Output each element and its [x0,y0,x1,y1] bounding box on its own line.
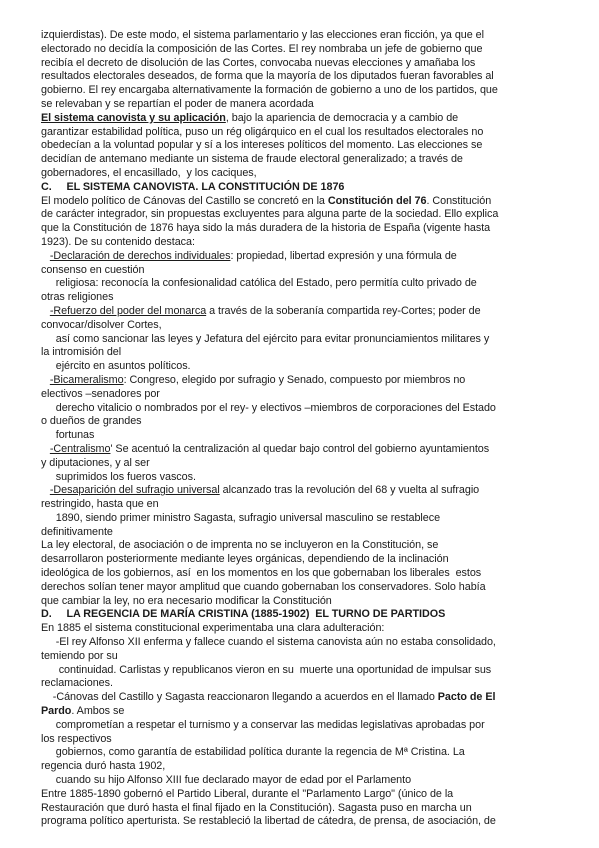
text-segment: obedecían a la voluntad popular y sí a l… [41,139,482,151]
text-segment: los respectivos [41,733,112,745]
text-segment: 1923). De su contenido destaca: [41,236,195,248]
text-segment: derecho vitalicio o nombrados por el rey… [41,402,496,414]
text-line: así como sancionar las leyes y Jefatura … [41,333,575,347]
text-segment: electorado no decidía la composición de … [41,43,482,55]
text-segment: suprimidos los fueros vascos. [41,471,196,483]
text-segment: Entre 1885-1890 gobernó el Partido Liber… [41,788,453,800]
text-segment: ejército en asuntos políticos. [41,360,191,372]
text-segment: -Cánovas del Castillo y Sagasta reaccion… [41,691,438,703]
text-segment: gobierno. El rey encargaba alternativame… [41,84,498,96]
text-line: de carácter integrador, sin propuestas e… [41,208,575,222]
text-line: desarrollaron posteriormente mediante le… [41,553,575,567]
text-segment: gobernadores, el encasillado, y los caci… [41,167,257,179]
text-line: En 1885 el sistema constitucional experi… [41,622,575,636]
text-line: recibía el decreto de disolución de las … [41,57,575,71]
text-line: consenso en cuestión [41,264,575,278]
text-segment: restringido, hasta que en [41,498,159,510]
text-segment: consenso en cuestión [41,264,144,276]
text-segment: izquierdistas). De este modo, el sistema… [41,29,484,41]
text-segment: reclamaciones. [41,677,113,689]
text-segment [41,484,50,496]
text-line: -Declaración de derechos individuales: p… [41,250,575,264]
text-segment: de carácter integrador, sin propuestas e… [41,208,498,220]
text-segment: religiosa: reconocía la confesionalidad … [41,277,477,289]
text-line: -El rey Alfonso XII enferma y fallece cu… [41,636,575,650]
text-line: electorado no decidía la composición de … [41,43,575,57]
text-line: la intromisión del [41,346,575,360]
text-segment: gobiernos, como garantía de estabilidad … [41,746,465,758]
text-line: ejército en asuntos políticos. [41,360,575,374]
text-line: La ley electoral, de asociación o de imp… [41,539,575,553]
text-segment: ' Se acentuó la centralización al quedar… [110,443,489,455]
text-segment: Pardo [41,705,71,717]
text-segment: comprometían a respetar el turnismo y a … [41,719,485,731]
text-line: reclamaciones. [41,677,575,691]
text-line: gobernadores, el encasillado, y los caci… [41,167,575,181]
text-segment: Constitución del 76 [328,195,427,207]
text-segment: que la Constitución de 1876 haya sido la… [41,222,490,234]
text-segment [41,305,50,317]
text-segment: -El rey Alfonso XII enferma y fallece cu… [41,636,496,648]
text-line: otras religiones [41,291,575,305]
text-segment: -Bicameralismo [50,374,124,386]
text-line: gobierno. El rey encargaba alternativame… [41,84,575,98]
text-segment: En 1885 el sistema constitucional experi… [41,622,384,634]
text-line: fortunas [41,429,575,443]
text-line: El sistema canovista y su aplicación, ba… [41,112,575,126]
text-segment: C. EL SISTEMA CANOVISTA. LA CONSTITUCIÓN… [41,181,344,193]
text-segment: a través de la soberanía compartida rey-… [206,305,480,317]
text-segment: . Constitución [426,195,491,207]
text-line: -Centralismo' Se acentuó la centralizaci… [41,443,575,457]
text-line: -Desaparición del sufragio universal alc… [41,484,575,498]
text-line: regencia duró hasta 1902, [41,760,575,774]
text-segment: temiendo por su [41,650,118,662]
text-segment: desarrollaron posteriormente mediante le… [41,553,449,565]
text-line: gobiernos, como garantía de estabilidad … [41,746,575,760]
text-line: C. EL SISTEMA CANOVISTA. LA CONSTITUCIÓN… [41,181,575,195]
text-line: electivos –senadores por [41,388,575,402]
text-line: comprometían a respetar el turnismo y a … [41,719,575,733]
text-line: que la Constitución de 1876 haya sido la… [41,222,575,236]
text-line: Restauración que duró hasta el final fij… [41,802,575,816]
text-line: restringido, hasta que en [41,498,575,512]
text-line: Pardo. Ambos se [41,705,575,719]
text-line: o dueños de grandes [41,415,575,429]
text-segment: 1890, siendo primer ministro Sagasta, su… [41,512,440,524]
text-segment: y diputaciones, y al ser [41,457,150,469]
text-line: 1890, siendo primer ministro Sagasta, su… [41,512,575,526]
text-line: religiosa: reconocía la confesionalidad … [41,277,575,291]
text-segment: así como sancionar las leyes y Jefatura … [41,333,489,345]
text-segment: Restauración que duró hasta el final fij… [41,802,472,814]
text-segment: El sistema canovista y su aplicación [41,112,226,124]
text-segment: Pacto de El [438,691,496,703]
text-segment: alcanzado tras la revolución del 68 y vu… [220,484,479,496]
text-segment: D. LA REGENCIA DE MARÍA CRISTINA (1885-1… [41,608,445,620]
text-segment: garantizar estabilidad política, puso un… [41,126,483,138]
text-segment: la intromisión del [41,346,121,358]
text-line: decidían de antemano mediante un sistema… [41,153,575,167]
text-segment: La ley electoral, de asociación o de imp… [41,539,438,551]
document-page: izquierdistas). De este modo, el sistema… [0,0,599,848]
text-segment: . Ambos se [71,705,124,717]
text-line: suprimidos los fueros vascos. [41,471,575,485]
text-segment: cuando su hijo Alfonso XIII fue declarad… [41,774,411,786]
text-line: obedecían a la voluntad popular y sí a l… [41,139,575,153]
text-line: y diputaciones, y al ser [41,457,575,471]
text-segment [41,374,50,386]
text-line: definitivamente [41,526,575,540]
text-line: izquierdistas). De este modo, el sistema… [41,29,575,43]
text-segment: recibía el decreto de disolución de las … [41,57,475,69]
text-segment: que cambiar la ley, no era necesario mod… [41,595,332,607]
text-line: derechos solían tener mayor amplitud que… [41,581,575,595]
text-line: temiendo por su [41,650,575,664]
text-segment: otras religiones [41,291,113,303]
text-segment [41,443,50,455]
text-segment: -Declaración de derechos individuales [50,250,231,262]
text-segment: resultados electorales deseados, de form… [41,70,494,82]
text-line: continuidad. Carlistas y republicanos vi… [41,664,575,678]
text-segment: regencia duró hasta 1902, [41,760,165,772]
text-segment: electivos –senadores por [41,388,160,400]
text-segment: : propiedad, libertad expresión y una fó… [230,250,456,262]
text-segment: ideológica de los gobiernos, así en los … [41,567,481,579]
text-segment: definitivamente [41,526,113,538]
text-line: El modelo político de Cánovas del Castil… [41,195,575,209]
text-segment: -Centralismo [50,443,111,455]
text-line: convocar/disolver Cortes, [41,319,575,333]
text-segment: fortunas [41,429,94,441]
text-line: -Refuerzo del poder del monarca a través… [41,305,575,319]
text-line: 1923). De su contenido destaca: [41,236,575,250]
text-line: garantizar estabilidad política, puso un… [41,126,575,140]
text-line: -Bicameralismo: Congreso, elegido por su… [41,374,575,388]
text-segment: -Desaparición del sufragio universal [50,484,220,496]
text-segment: decidían de antemano mediante un sistema… [41,153,463,165]
text-line: cuando su hijo Alfonso XIII fue declarad… [41,774,575,788]
text-line: que cambiar la ley, no era necesario mod… [41,595,575,609]
text-segment: programa político aperturista. Se restab… [41,815,496,827]
text-segment: : Congreso, elegido por sufragio y Senad… [124,374,466,386]
text-line: programa político aperturista. Se restab… [41,815,575,829]
text-line: resultados electorales deseados, de form… [41,70,575,84]
text-segment: o dueños de grandes [41,415,142,427]
text-line: se relevaban y se repartían el poder de … [41,98,575,112]
text-line: derecho vitalicio o nombrados por el rey… [41,402,575,416]
document-background: { "document": { "type": "text-page", "la… [0,0,599,848]
text-line: los respectivos [41,733,575,747]
text-segment [41,250,50,262]
text-segment: derechos solían tener mayor amplitud que… [41,581,486,593]
text-line: -Cánovas del Castillo y Sagasta reaccion… [41,691,575,705]
text-segment: continuidad. Carlistas y republicanos vi… [41,664,491,676]
text-segment: El modelo político de Cánovas del Castil… [41,195,328,207]
text-segment: , bajo la apariencia de democracia y a c… [226,112,458,124]
text-line: Entre 1885-1890 gobernó el Partido Liber… [41,788,575,802]
text-segment: -Refuerzo del poder del monarca [50,305,206,317]
text-line: ideológica de los gobiernos, así en los … [41,567,575,581]
text-segment: se relevaban y se repartían el poder de … [41,98,314,110]
text-line: D. LA REGENCIA DE MARÍA CRISTINA (1885-1… [41,608,575,622]
text-segment: convocar/disolver Cortes, [41,319,162,331]
